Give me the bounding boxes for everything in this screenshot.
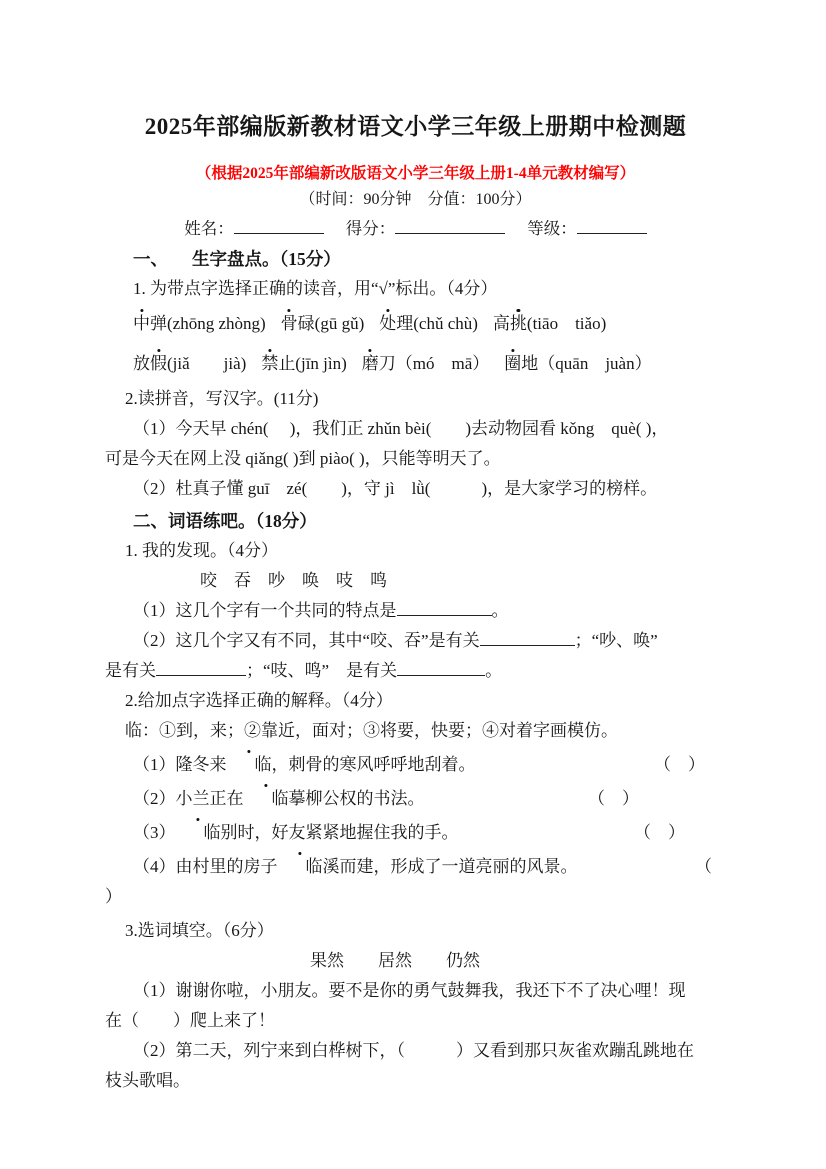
- item-text: 。: [485, 661, 502, 680]
- item-text-pre: （4）由村里的房子: [133, 857, 278, 876]
- s2-q2-prompt: 2.给加点字选择正确的解释。（4分）: [105, 686, 726, 716]
- answer-paren[interactable]: （ ）: [560, 784, 639, 814]
- answer-paren[interactable]: （: [667, 852, 712, 882]
- s2-q2-item3: （3）临别时，好友紧紧地握住我的手。（ ）: [105, 818, 726, 848]
- dotted-char: 挑: [510, 315, 527, 332]
- grade-label: 等级：: [527, 219, 577, 238]
- answer-blank-line[interactable]: [397, 598, 492, 616]
- s1-q2-prompt: 2.读拼音，写汉字。(11分): [105, 384, 726, 414]
- word-rest: 刀（mó mā）: [379, 354, 490, 373]
- section2-heading: 二、词语练吧。（18分）: [105, 506, 726, 536]
- s2-q3-line1: （1）谢谢你啦，小朋友。要不是你的勇气鼓舞我，我还下不了决心哩！现: [105, 976, 726, 1006]
- word-rest: 理(chǔ chù): [396, 314, 478, 333]
- dotted-char: 临: [278, 858, 323, 875]
- section2-number: 二、: [133, 511, 168, 531]
- dotted-char: 临: [244, 790, 289, 807]
- score-field: 得分：: [346, 216, 506, 242]
- section1-heading: 一、生字盘点。（15分）: [105, 244, 726, 274]
- name-label: 姓名：: [184, 219, 234, 238]
- item-text: ；“吵、唤”: [575, 631, 658, 650]
- name-score-grade-row: 姓名： 得分： 等级：: [105, 216, 726, 242]
- grade-field: 等级：: [527, 216, 647, 242]
- exam-subtitle: （根据2025年部编新改版语文小学三年级上册1-4单元教材编写）: [105, 164, 726, 184]
- pinyin-item: 高挑(tiāo tiǎo): [493, 304, 606, 344]
- name-field: 姓名：: [184, 216, 324, 242]
- section2-title: 词语练吧。（18分）: [168, 511, 317, 531]
- answer-blank-line[interactable]: [480, 628, 575, 646]
- s1-q2-line3: （2）杜真子懂 guī zé( )，守 jì lǜ( )，是大家学习的榜样。: [105, 474, 726, 504]
- dotted-char: 中: [133, 315, 150, 332]
- dotted-char: 临: [227, 756, 272, 773]
- answer-blank-line[interactable]: [397, 658, 485, 676]
- dotted-char: 处: [379, 315, 396, 332]
- answer-blank-line[interactable]: [156, 658, 246, 676]
- pinyin-item: 放假(jiǎ jià): [133, 344, 246, 384]
- s2-q2-item4: （4）由村里的房子临溪而建，形成了一道亮丽的风景。（: [105, 852, 726, 882]
- item-text-pre: （1）隆冬来: [133, 755, 227, 774]
- pinyin-item: 圈地（quān juàn）: [504, 344, 651, 384]
- item-text: （1）这几个字有一个共同的特点是: [133, 601, 397, 620]
- exam-page: 2025年部编版新教材语文小学三年级上册期中检测题 （根据2025年部编新改版语…: [0, 0, 826, 1096]
- score-blank-line[interactable]: [395, 216, 505, 234]
- dotted-char: 骨: [281, 315, 298, 332]
- word-rest: 碌(gū gǔ): [298, 314, 365, 333]
- s2-q1-item2: （2）这几个字又有不同，其中“咬、吞”是有关；“吵、唤”: [105, 626, 726, 656]
- item-text-pre: （2）小兰正在: [133, 789, 244, 808]
- pinyin-item: 骨碌(gū gǔ): [281, 304, 365, 344]
- pinyin-item: 中弹(zhōng zhòng): [133, 304, 266, 344]
- s2-q2-definition: 临：①到，来；②靠近，面对；③将要，快要；④对着字画模仿。: [105, 716, 726, 746]
- pinyin-item: 处理(chǔ chù): [379, 304, 478, 344]
- s2-q1-item1: （1）这几个字有一个共同的特点是。: [105, 596, 726, 626]
- pinyin-row-2: 放假(jiǎ jià) 禁止(jīn jìn) 磨刀（mó mā） 圈地（quā…: [105, 344, 726, 384]
- item-text-post: 别时，好友紧紧地握住我的手。: [221, 823, 459, 842]
- item-text: ；“吱、鸣” 是有关: [246, 661, 397, 680]
- exam-title: 2025年部编版新教材语文小学三年级上册期中检测题: [105, 112, 726, 142]
- pinyin-row-1: 中弹(zhōng zhòng) 骨碌(gū gǔ) 处理(chǔ chù) 高挑…: [105, 304, 726, 344]
- s1-q2-line1: （1）今天早 chén( )，我们正 zhǔn bèi( )去动物园看 kǒng…: [105, 414, 726, 444]
- word-pre: 高: [493, 314, 510, 333]
- pinyin-item: 磨刀（mó mā）: [362, 344, 490, 384]
- word-rest: (tiāo tiǎo): [527, 314, 606, 333]
- word-choice-list: 果然 居然 仍然: [310, 946, 726, 976]
- item-text-post: ，刺骨的寒风呼呼地刮着。: [272, 755, 476, 774]
- s1-q2-line2: 可是今天在网上没 qiǎng( )到 piào( )，只能等明天了。: [105, 444, 726, 474]
- dotted-char: 磨: [362, 355, 379, 372]
- dotted-char: 临: [176, 824, 221, 841]
- dotted-char: 假: [150, 355, 167, 372]
- answer-paren[interactable]: （ ）: [606, 818, 685, 848]
- answer-paren[interactable]: （ ）: [626, 750, 705, 780]
- score-label: 得分：: [346, 219, 396, 238]
- s2-q2-item2: （2）小兰正在临摹柳公权的书法。（ ）: [105, 784, 726, 814]
- s2-q2-item4-close-paren: ）: [105, 882, 726, 912]
- s2-q3-line3: （2）第二天，列宁来到白桦树下，（ ）又看到那只灰雀欢蹦乱跳地在: [105, 1036, 726, 1066]
- item-text: 。: [492, 601, 509, 620]
- dotted-char: 禁: [261, 355, 278, 372]
- section1-title: 生字盘点。（15分）: [192, 249, 341, 269]
- word-pre: 放: [133, 354, 150, 373]
- word-rest: 止(jīn jìn): [278, 354, 346, 373]
- s2-q3-line2: 在（ ）爬上来了！: [105, 1006, 726, 1036]
- s2-q3-line4: 枝头歌唱。: [105, 1066, 726, 1096]
- word-rest: 弹(zhōng zhòng): [150, 314, 266, 333]
- item-text: （2）这几个字又有不同，其中“咬、吞”是有关: [133, 631, 480, 650]
- s2-q3-prompt: 3.选词填空。（6分）: [105, 916, 726, 946]
- grade-blank-line[interactable]: [577, 216, 647, 234]
- item-text-post: 溪而建，形成了一道亮丽的风景。: [323, 857, 578, 876]
- word-rest: (jiǎ jià): [167, 354, 246, 373]
- section1-number: 一、: [133, 249, 168, 269]
- s2-q1-item2-cont: 是有关；“吱、鸣” 是有关。: [105, 656, 726, 686]
- name-blank-line[interactable]: [234, 216, 324, 234]
- item-text: 是有关: [105, 661, 156, 680]
- item-text-pre: （3）: [133, 823, 176, 842]
- pinyin-item: 禁止(jīn jìn): [261, 344, 346, 384]
- s2-q1-prompt: 1. 我的发现。（4分）: [105, 536, 726, 566]
- dotted-char: 圈: [504, 355, 521, 372]
- s2-q2-item1: （1）隆冬来临，刺骨的寒风呼呼地刮着。（ ）: [105, 750, 726, 780]
- time-score-line: （时间：90分钟 分值：100分）: [105, 189, 726, 211]
- character-list: 咬 吞 吵 唤 吱 鸣: [200, 566, 726, 596]
- item-text-post: 摹柳公权的书法。: [289, 789, 425, 808]
- word-rest: 地（quān juàn）: [521, 354, 651, 373]
- s1-q1-prompt: 1. 为带点字选择正确的读音，用“√”标出。（4分）: [105, 274, 726, 304]
